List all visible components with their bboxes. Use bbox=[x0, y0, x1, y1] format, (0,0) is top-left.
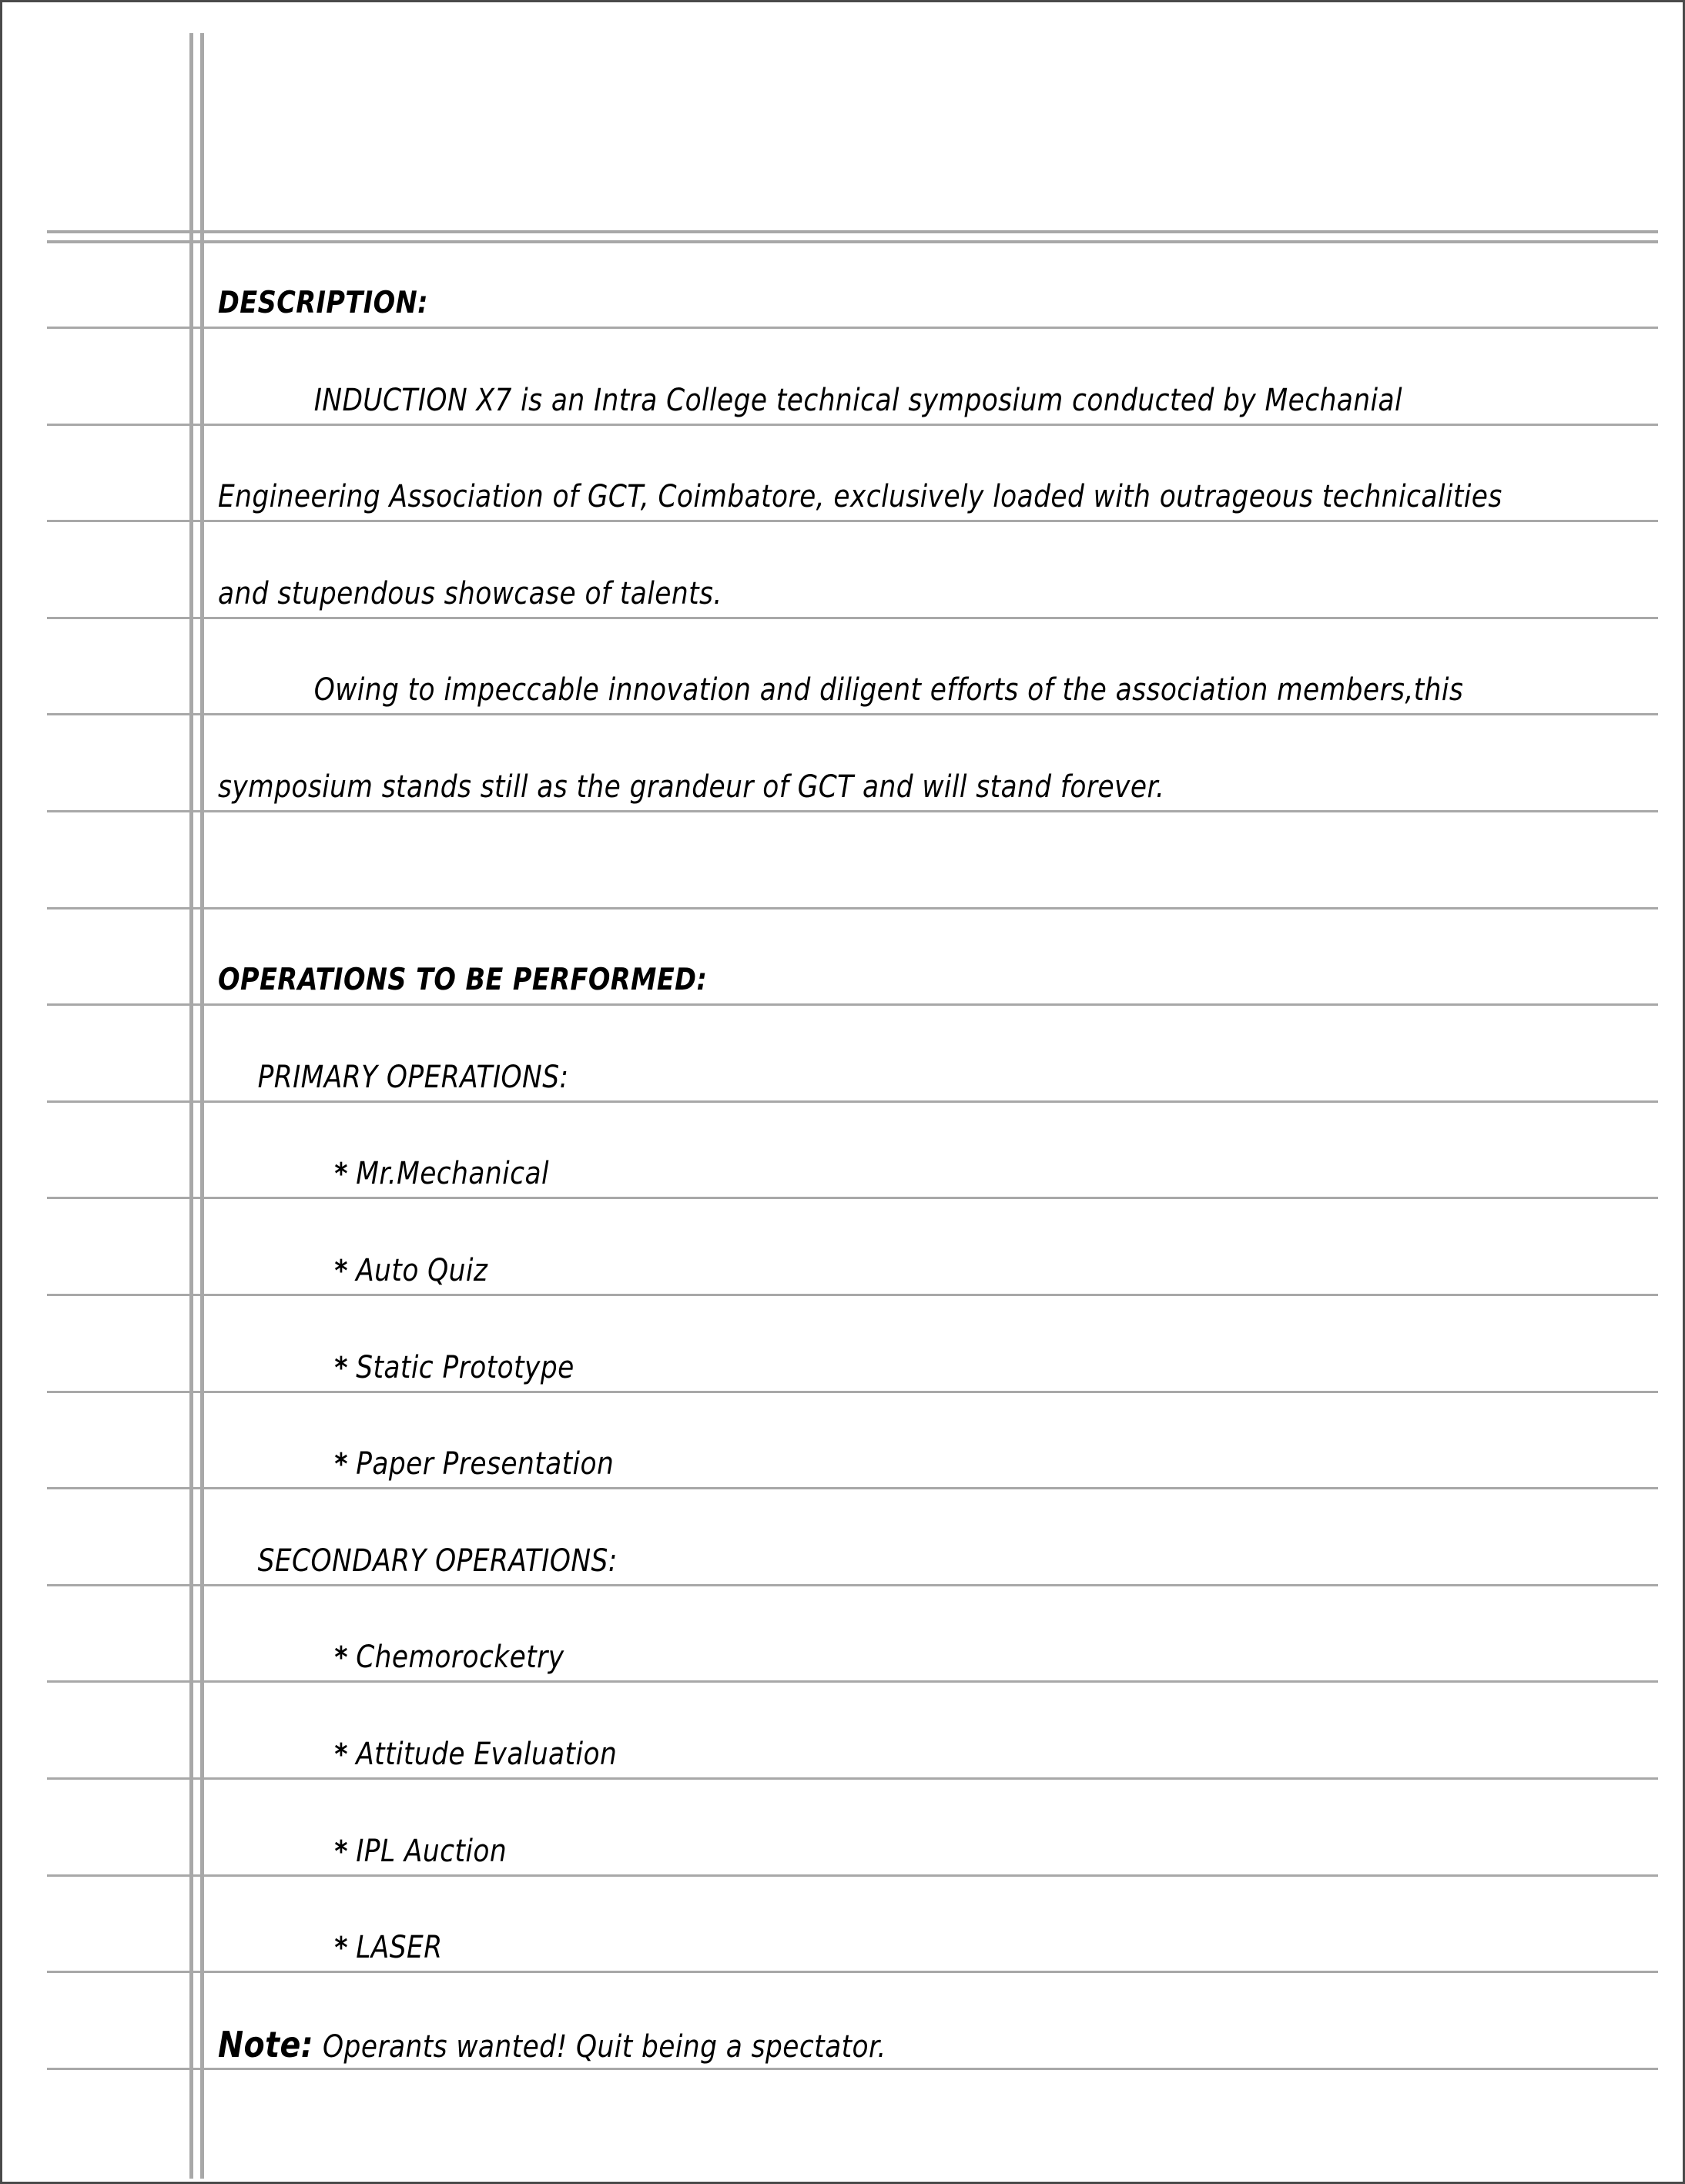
item-label: Auto Quiz bbox=[356, 1253, 487, 1288]
item-label: Chemorocketry bbox=[356, 1640, 564, 1675]
operations-heading: OPERATIONS TO BE PERFORMED: bbox=[218, 957, 707, 1003]
notebook-page: DESCRIPTION: INDUCTION X7 is an Intra Co… bbox=[0, 0, 1685, 2184]
note: Note:Operants wanted! Quit being a spect… bbox=[218, 2022, 886, 2068]
description-heading: DESCRIPTION: bbox=[218, 280, 428, 327]
list-item: *Auto Quiz bbox=[218, 1248, 487, 1294]
asterisk-bullet-icon: * bbox=[334, 1351, 348, 1385]
ruled-line bbox=[47, 1874, 1658, 1877]
asterisk-bullet-icon: * bbox=[334, 1157, 348, 1191]
ruled-line bbox=[47, 1391, 1658, 1393]
item-label: Mr.Mechanical bbox=[356, 1156, 549, 1191]
ruled-line bbox=[47, 1197, 1658, 1199]
ruled-line bbox=[47, 1003, 1658, 1006]
ruled-line bbox=[47, 617, 1658, 619]
note-text: Operants wanted! Quit being a spectator. bbox=[323, 2029, 886, 2065]
asterisk-bullet-icon: * bbox=[334, 1834, 348, 1868]
ruled-line bbox=[47, 713, 1658, 715]
ruled-line bbox=[47, 1777, 1658, 1780]
ruled-line bbox=[47, 424, 1658, 426]
asterisk-bullet-icon: * bbox=[334, 1447, 348, 1481]
header-rule-top bbox=[47, 230, 1658, 233]
item-label: Static Prototype bbox=[356, 1350, 574, 1385]
asterisk-bullet-icon: * bbox=[334, 1640, 348, 1674]
ruled-line bbox=[47, 1680, 1658, 1683]
primary-operations-heading: PRIMARY OPERATIONS: bbox=[218, 1054, 569, 1100]
description-paragraph1-line1: INDUCTION X7 is an Intra College technic… bbox=[218, 377, 1402, 424]
list-item: *Mr.Mechanical bbox=[218, 1151, 549, 1197]
margin-line-left bbox=[189, 33, 193, 2179]
list-item: *Paper Presentation bbox=[218, 1441, 614, 1487]
ruled-line bbox=[47, 2068, 1658, 2070]
list-item: *Chemorocketry bbox=[218, 1634, 564, 1680]
list-item: *LASER bbox=[218, 1924, 443, 1971]
list-item: *Static Prototype bbox=[218, 1345, 575, 1391]
ruled-line bbox=[47, 520, 1658, 522]
description-paragraph2-line1: Owing to impeccable innovation and dilig… bbox=[218, 667, 1463, 713]
asterisk-bullet-icon: * bbox=[334, 1931, 348, 1965]
ruled-line bbox=[47, 1487, 1658, 1489]
margin-line-right bbox=[200, 33, 204, 2179]
secondary-operations-heading: SECONDARY OPERATIONS: bbox=[218, 1538, 618, 1584]
ruled-line bbox=[47, 1584, 1658, 1586]
description-paragraph1-line3: and stupendous showcase of talents. bbox=[218, 571, 722, 617]
item-label: LASER bbox=[356, 1930, 442, 1965]
ruled-line bbox=[47, 1100, 1658, 1103]
header-rule-bottom bbox=[47, 240, 1658, 243]
description-paragraph2-line2: symposium stands still as the grandeur o… bbox=[218, 764, 1164, 810]
asterisk-bullet-icon: * bbox=[334, 1254, 348, 1288]
list-item: *IPL Auction bbox=[218, 1828, 507, 1874]
ruled-line bbox=[47, 327, 1658, 329]
ruled-line bbox=[47, 1971, 1658, 1973]
ruled-line bbox=[47, 907, 1658, 909]
item-label: IPL Auction bbox=[356, 1834, 507, 1869]
item-label: Paper Presentation bbox=[356, 1446, 614, 1482]
ruled-line bbox=[47, 1294, 1658, 1296]
note-label: Note: bbox=[218, 2024, 313, 2065]
description-paragraph1-line2: Engineering Association of GCT, Coimbato… bbox=[218, 474, 1502, 520]
asterisk-bullet-icon: * bbox=[334, 1737, 348, 1771]
ruled-line bbox=[47, 810, 1658, 812]
list-item: *Attitude Evaluation bbox=[218, 1731, 617, 1777]
item-label: Attitude Evaluation bbox=[356, 1737, 617, 1772]
